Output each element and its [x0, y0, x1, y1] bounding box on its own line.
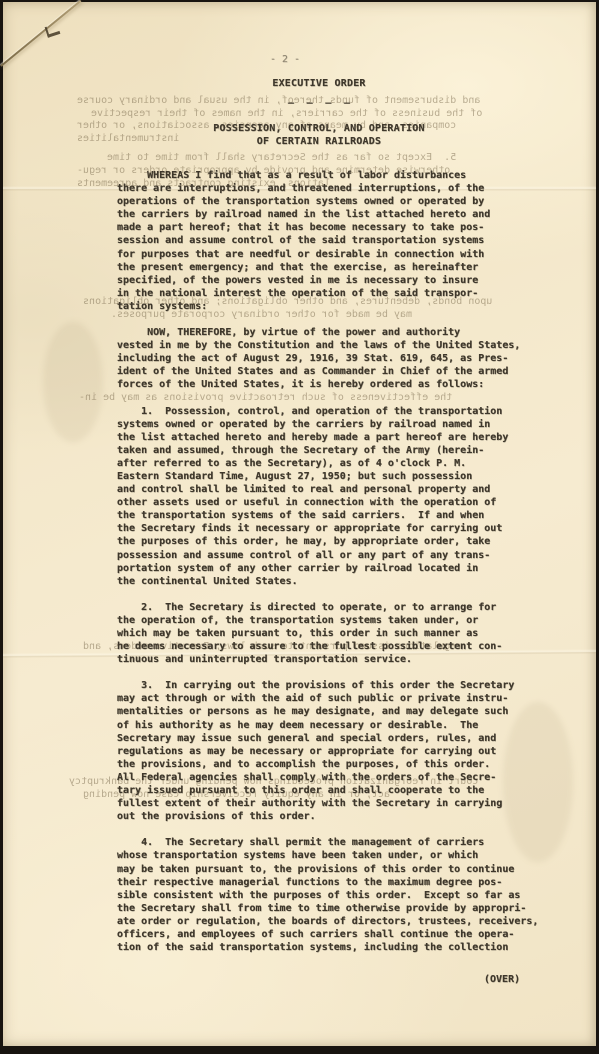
paragraph-section-3: 3. In carrying out the provisions of thi…: [117, 679, 567, 823]
paper-smudge: [43, 322, 103, 442]
paragraph-now-therefore: NOW, THEREFORE, by virtue of the power a…: [117, 326, 567, 391]
heading-separator: _ _ _ _: [119, 93, 519, 104]
paragraph-section-4: 4. The Secretary shall permit the manage…: [117, 836, 567, 954]
document-title-line2: OF CERTAIN RAILROADS: [119, 136, 519, 147]
document-title-line1: POSSESSION, CONTROL, AND OPERATION: [119, 123, 519, 134]
bleedthrough-text: 5. Except so far as the Secretary shall …: [107, 152, 456, 164]
paragraph-section-1: 1. Possession, control, and operation of…: [117, 405, 567, 588]
document-body: WHEREAS I find that as a result of labor…: [117, 169, 567, 967]
over-label: (OVER): [484, 974, 520, 985]
paragraph-section-2: 2. The Secretary is directed to operate,…: [117, 601, 567, 666]
paragraph-whereas: WHEREAS I find that as a result of labor…: [117, 169, 567, 313]
document-kicker: EXECUTIVE ORDER: [119, 78, 519, 89]
bleedthrough-text: of the business of the carriers, in the …: [91, 108, 482, 120]
scan-background: { "page": { "page_number": "- 2 -", "ove…: [0, 0, 599, 1054]
fold-crease-line: [0, 0, 81, 67]
page-number: - 2 -: [253, 54, 317, 65]
document-page: and disbursement of funds thereof, in th…: [3, 2, 596, 1046]
staple-mark: [45, 23, 61, 37]
